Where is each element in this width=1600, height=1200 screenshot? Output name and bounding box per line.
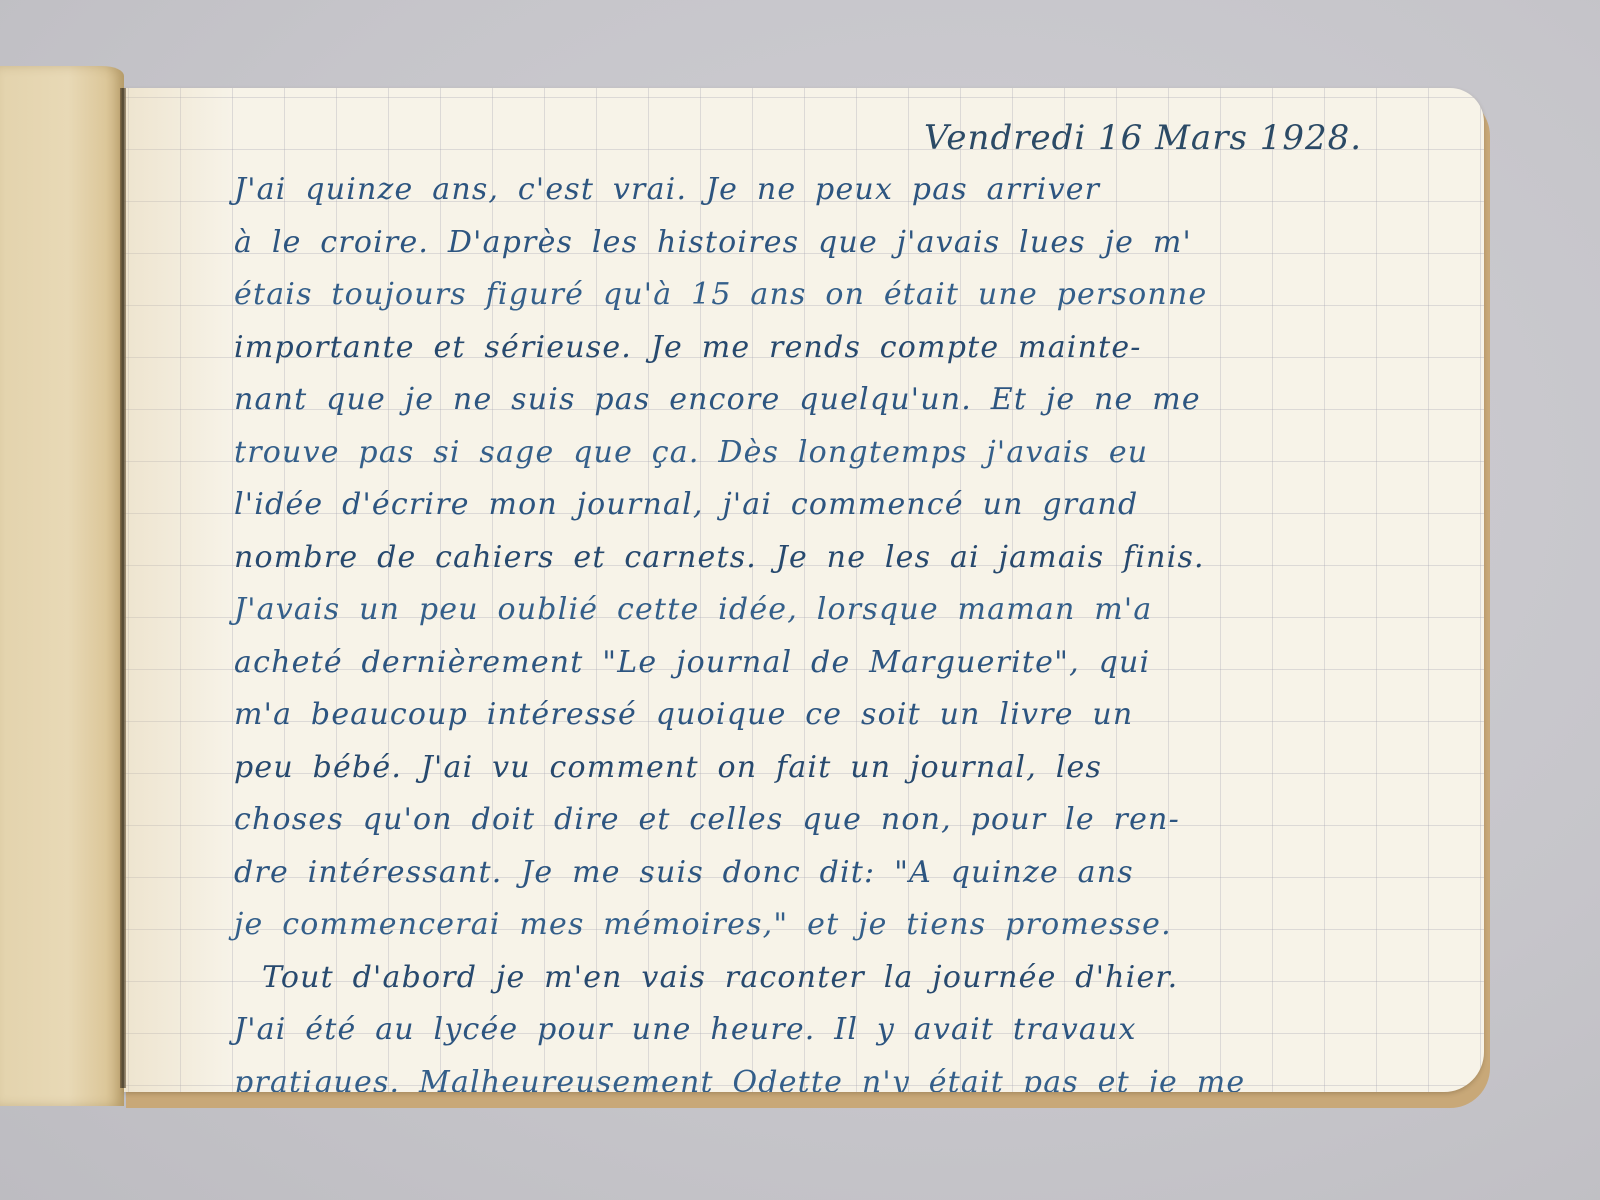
text-line: je commencerai mes mémoires," et je tien…	[234, 899, 1474, 952]
text-line: acheté dernièrement "Le journal de Margu…	[234, 637, 1474, 690]
diary-page: Vendredi 16 Mars 1928. J'ai quinze ans, …	[124, 88, 1484, 1092]
text-line: choses qu'on doit dire et celles que non…	[234, 794, 1474, 847]
left-page-blank	[0, 66, 124, 1106]
text-line: peu bébé. J'ai vu comment on fait un jou…	[234, 742, 1474, 795]
text-line: J'avais un peu oublié cette idée, lorsqu…	[234, 584, 1474, 637]
text-line: l'idée d'écrire mon journal, j'ai commen…	[234, 479, 1474, 532]
text-line: trouve pas si sage que ça. Dès longtemps…	[234, 427, 1474, 480]
text-line: dre intéressant. Je me suis donc dit: "A…	[234, 847, 1474, 900]
text-line: étais toujours figuré qu'à 15 ans on éta…	[234, 269, 1474, 322]
text-line: J'ai été au lycée pour une heure. Il y a…	[234, 1004, 1474, 1057]
text-line: Tout d'abord je m'en vais raconter la jo…	[234, 952, 1474, 1005]
text-line: nant que je ne suis pas encore quelqu'un…	[234, 374, 1474, 427]
notebook-gutter	[120, 88, 126, 1088]
text-line: J'ai quinze ans, c'est vrai. Je ne peux …	[234, 164, 1474, 217]
text-line: pratiques. Malheureusement Odette n'y ét…	[234, 1057, 1474, 1093]
entry-text: J'ai quinze ans, c'est vrai. Je ne peux …	[234, 164, 1474, 1092]
text-line: à le croire. D'après les histoires que j…	[234, 217, 1474, 270]
text-line: m'a beaucoup intéressé quoique ce soit u…	[234, 689, 1474, 742]
entry-date: Vendredi 16 Mars 1928.	[924, 118, 1362, 158]
text-line: nombre de cahiers et carnets. Je ne les …	[234, 532, 1474, 585]
text-line: importante et sérieuse. Je me rends comp…	[234, 322, 1474, 375]
